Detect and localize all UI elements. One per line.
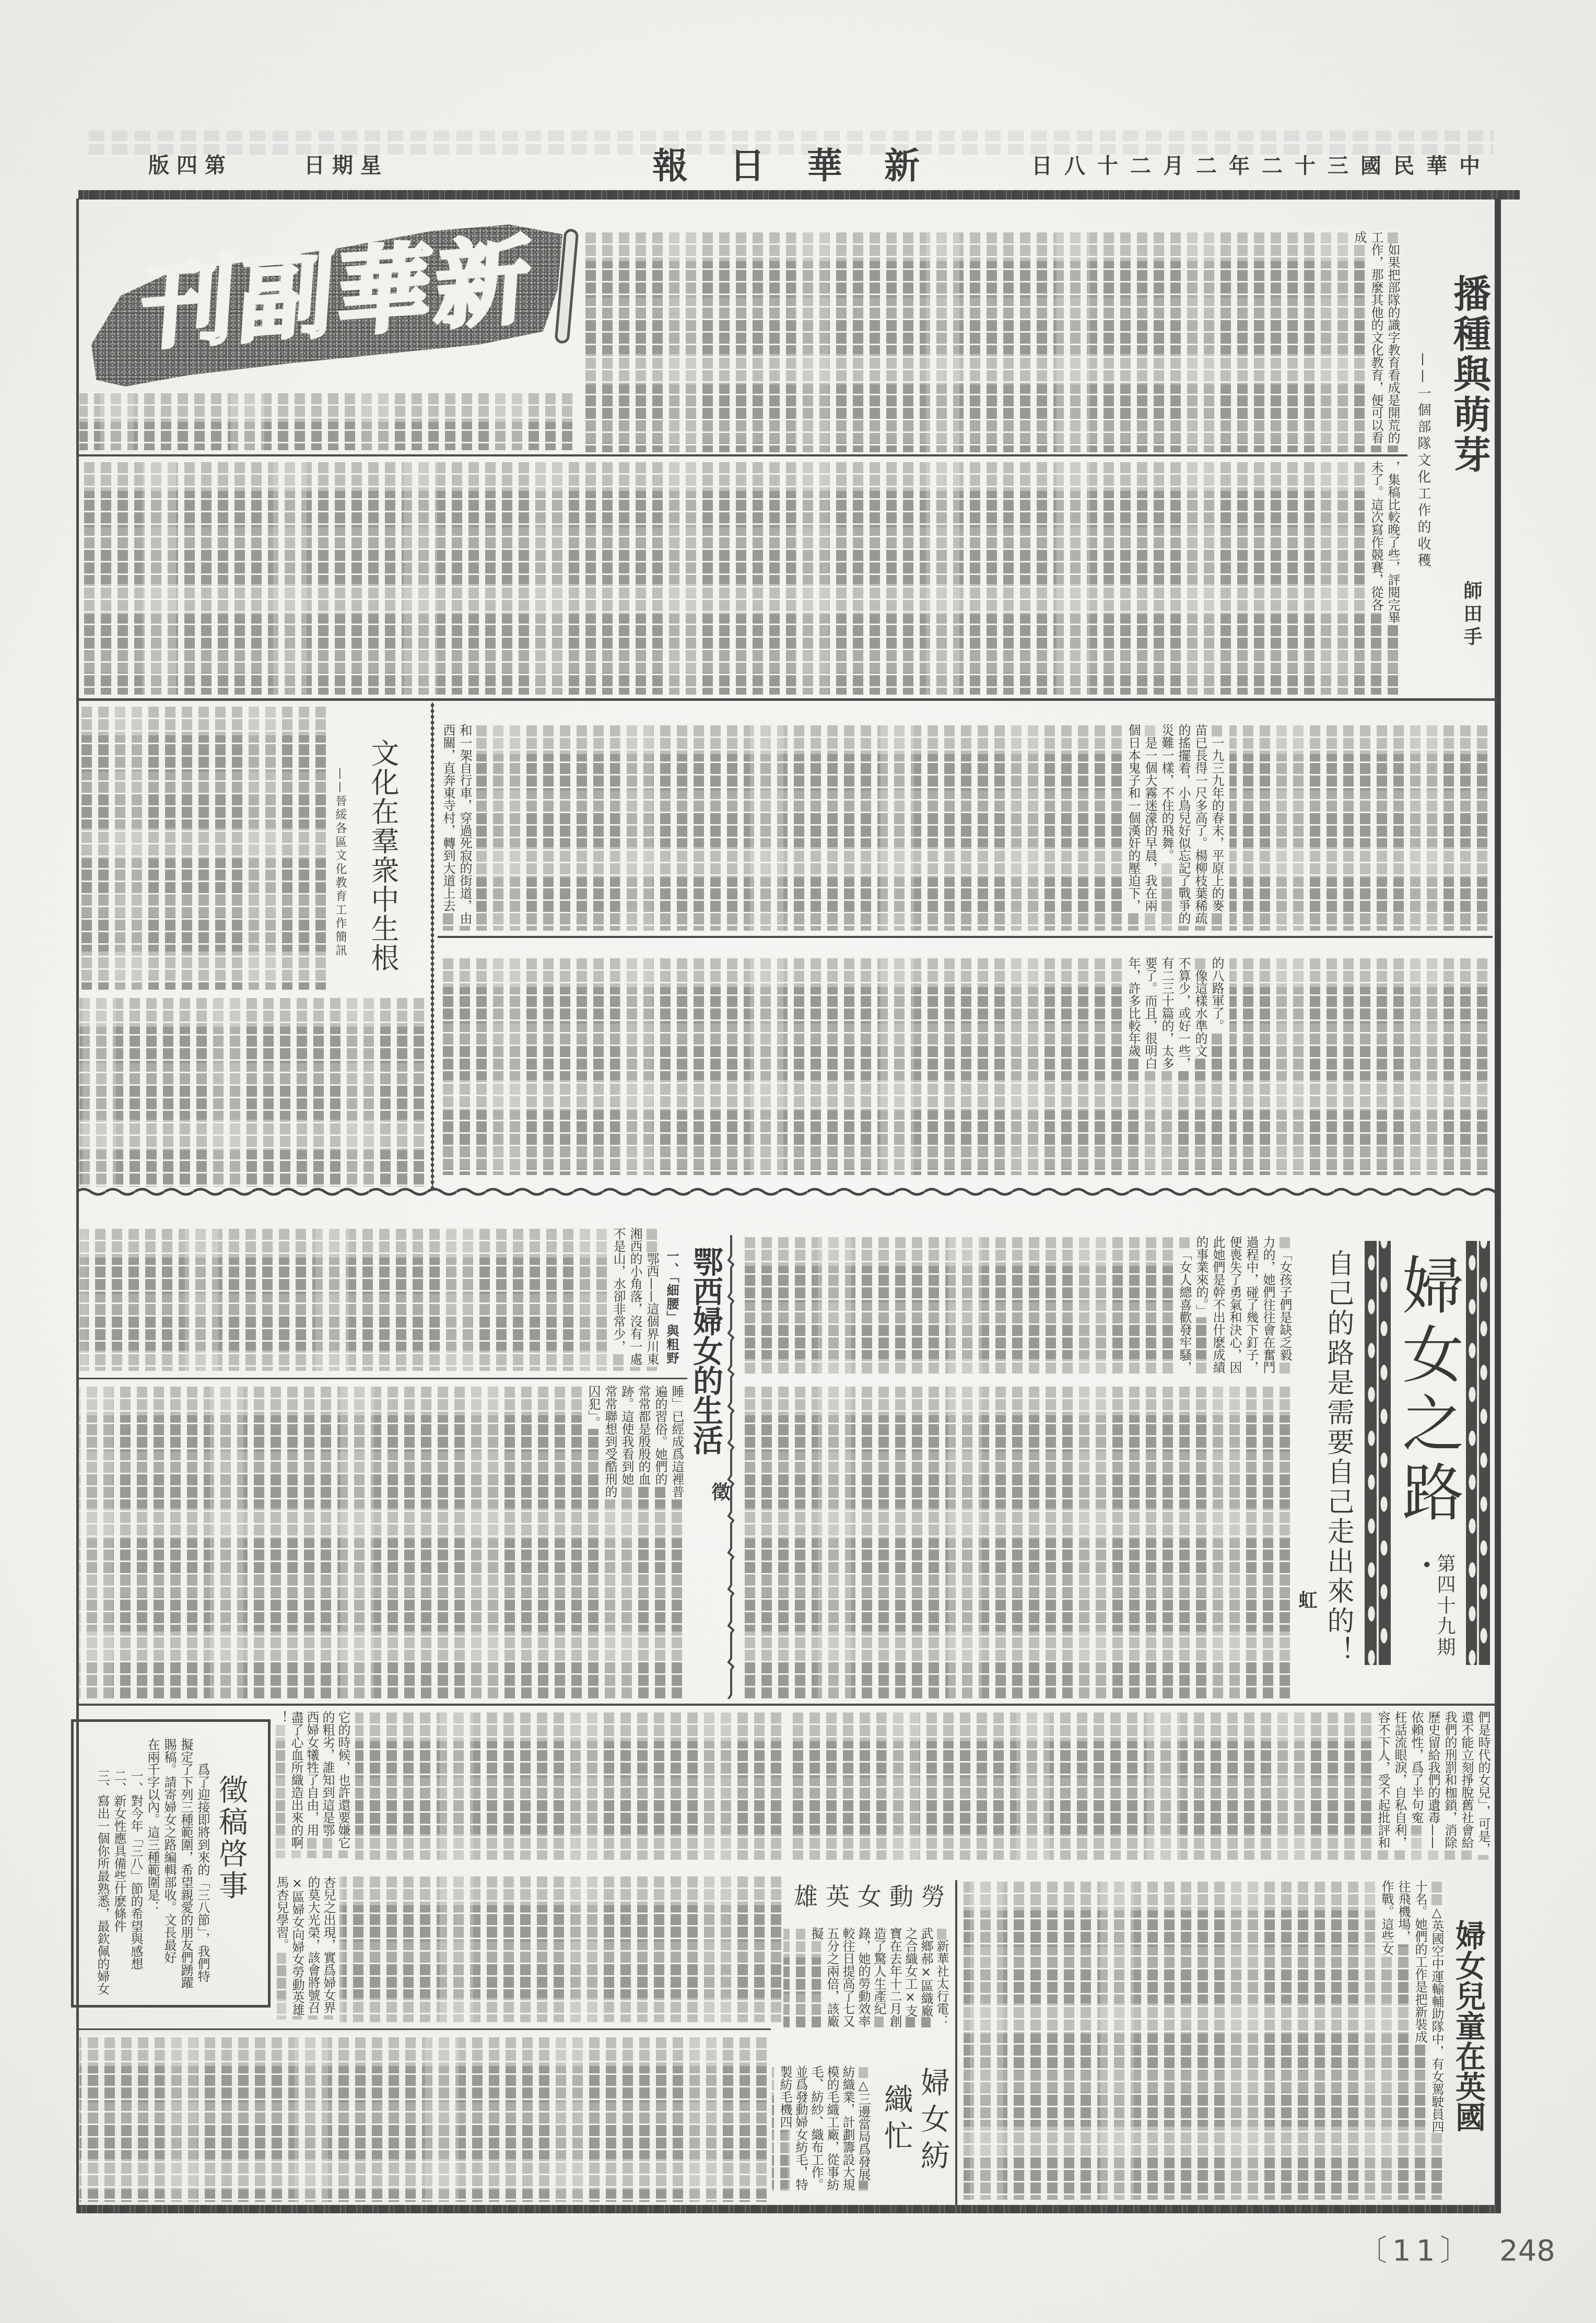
column-text: 的粗劣，誰知到這是鄂 xyxy=(320,1711,335,1836)
newspaper-page: 第四版 星期日 新華日報 中華民國三十二年二月二十八日 新華副刊 播種與萌芽 —… xyxy=(0,0,1596,2323)
column-text: 此她們是幹不出什麽成績 xyxy=(1211,1236,1225,1374)
column-text: 災難一樣，不住的飛舞。 xyxy=(1159,724,1174,862)
article-body-columns xyxy=(79,996,427,1187)
text-column: 有二三十篇的，太多 xyxy=(1158,957,1175,1175)
frame-bottom-border xyxy=(76,2205,1501,2213)
text-column: 便喪失了勇氣和決心，因 xyxy=(1226,1236,1243,1375)
text-column: 「女孩子們是缺乏毅 xyxy=(1276,1236,1293,1375)
issue-number: 第四十九期 xyxy=(1416,1554,1454,1658)
text-column: 往飛機場， xyxy=(1395,1880,1412,2200)
text-column: ×區婦女向婦女勞動英雄 xyxy=(289,1876,305,2020)
text-column: 它的時候，也許還要嫌它 xyxy=(335,1711,351,1858)
frame-right-border xyxy=(1495,198,1501,2213)
text-column: 的粗劣，誰知到這是鄂 xyxy=(320,1711,335,1858)
article-body-columns: 如果把部隊的識字教育看成是開荒的 工作，那麼其他的文化教育，便可以看成 xyxy=(585,231,1401,452)
column-text: 一、對今年「三八」節的希望與感想 xyxy=(128,1769,143,1970)
column-text: ！ xyxy=(273,1711,288,1723)
column-text: 們是時代的女兒」，可是， xyxy=(1476,1711,1491,1855)
article-body-columns: 一九三九年的春末，平原上的麥 苗已長得一尺多高了。楊柳枝葉稀疏 的搖擺着，小鳥兒… xyxy=(473,724,1225,931)
article-author: 虹 xyxy=(1297,1590,1316,1609)
column-text: 在兩千字以內。這三種範圍是： xyxy=(145,1738,160,1914)
article-author: 徵 xyxy=(710,1482,729,1501)
text-column: 力的，她們往往會在奮鬥 xyxy=(1260,1236,1276,1375)
text-column: 作戰。這些女 xyxy=(1378,1880,1395,2200)
wavy-section-divider xyxy=(76,1186,1498,1198)
column-text: 二、新女性應具備些什麽條件 xyxy=(112,1769,126,1932)
article-author: 師田手 xyxy=(1462,581,1481,650)
text-column: 過程中，碰了幾下釘子， xyxy=(1243,1236,1260,1375)
article-body-columns xyxy=(79,392,576,450)
text-column: 一九三九年的春末，平原上的麥 xyxy=(1208,724,1225,931)
column-text: △英國空中運輸輔助隊中，有女駕駛員四 xyxy=(1429,1905,1444,2133)
column-text: 容不下人，受不起批評和 xyxy=(1376,1711,1390,1849)
article-title: 鄂西婦女的生活 xyxy=(690,1246,721,1454)
article-subtitle: ——晉綏各區文化教育工作簡訊 xyxy=(334,768,346,958)
notice-line: 賜稿。請寄婦女之路編輯部收。文長最好 xyxy=(161,1738,178,1999)
text-column: 的莫大光榮，該會將號召 xyxy=(305,1876,321,2020)
column-text: 常常聯想到受酷刑的 xyxy=(603,1385,617,1498)
news-title-line: 婦女紡 xyxy=(918,2067,947,2177)
section-divider xyxy=(76,698,1498,701)
text-column: 未了。這次寫作競賽，從各 xyxy=(1368,461,1384,695)
supplement-banner: 新華副刊 xyxy=(91,225,577,386)
text-column: 囚犯」。 xyxy=(585,1385,602,1698)
section-divider xyxy=(76,1378,687,1379)
column-text: 常常都是殷殷的血 xyxy=(636,1385,651,1485)
column-text: 睡」已經成爲這裡普 xyxy=(670,1385,684,1498)
column-text: 個日本鬼子和一個漢奸的壓迫下， xyxy=(1126,724,1141,912)
column-text: 枉話流眼淚，自私自利， xyxy=(1392,1711,1407,1849)
column-text: 一九三九年的春末，平原上的麥 xyxy=(1210,736,1224,912)
text-column: 的搖擺着，小鳥兒好似忘記了戰爭的 xyxy=(1175,724,1192,931)
news-column-title: 婦女兒童在英國 xyxy=(1453,1920,1483,2132)
column-text: 要了。而且，很明白 xyxy=(1143,957,1157,1070)
column-text: 苗已長得一尺多高了。楊柳枝葉稀疏 xyxy=(1193,724,1207,924)
text-column: 是一個大霧迷濛的早晨，我在兩 xyxy=(1142,724,1158,931)
news-item-columns: △英國空中運輸輔助隊中，有女駕駛員四 十名。她們的工作是把新裝成 往飛機場， 作… xyxy=(964,1880,1445,2200)
news-item-columns: △三邊當局爲發展紡織業，計劃籌設大規模的毛織工廠，從事紡毛、紡紗、織布工作。並爲… xyxy=(772,2066,871,2191)
notice-line: 二、新女性應具備些什麽條件 xyxy=(111,1738,127,1999)
vine-border-left xyxy=(1365,1241,1391,1665)
column-text: 往飛機場， xyxy=(1396,1880,1411,1943)
page-number-label: 第四版 xyxy=(148,155,233,176)
section-divider xyxy=(76,2028,771,2030)
text-column: 常常聯想到受酷刑的 xyxy=(602,1385,618,1698)
article-body-columns: 睡」已經成爲這裡普 遍的習俗。她們的 常常都是殷殷的血 跡。這使我看到她 常常聯… xyxy=(79,1385,685,1698)
section-divider xyxy=(76,1704,1498,1706)
text-column: ，集稿比較晚了些，評閱完畢 xyxy=(1384,461,1401,695)
text-column: 容不下人，受不起批評和 xyxy=(1375,1711,1391,1860)
column-text: 賜稿。請寄婦女之路編輯部收。文長最好 xyxy=(162,1738,177,1964)
text-column: △三邊當局爲發展紡織業，計劃籌設大規模的毛織工廠，從事紡毛、紡紗、織布工作。並爲… xyxy=(777,2066,871,2191)
column-text: 馬杏兒學習。 xyxy=(274,1876,289,1951)
column-text: 未了。這次寫作競賽，從各 xyxy=(1369,461,1383,611)
column-text: 杏兒之出現，實爲婦女界 xyxy=(321,1876,336,2014)
column-text: 作戰。這些女 xyxy=(1379,1880,1394,1955)
news-item-columns xyxy=(339,1875,784,2022)
text-column: 枉話流眼淚，自私自利， xyxy=(1391,1711,1408,1860)
column-text: 過程中，碰了幾下釘子， xyxy=(1244,1236,1259,1374)
text-column: 們是時代的女兒」，可是， xyxy=(1475,1711,1492,1860)
text-column: 西關，直奔東寺村，轉到大道上去 xyxy=(440,724,456,931)
vine-border-right xyxy=(1466,1241,1490,1665)
text-column: 盡了心血所織造出來的啊 xyxy=(288,1711,304,1858)
article-title: 播種與萌芽 xyxy=(1450,274,1488,475)
newspaper-masthead: 新華日報 xyxy=(652,148,961,184)
article-body-columns: ，集稿比較晚了些，評閱完畢 未了。這次寫作競賽，從各 xyxy=(79,461,1401,695)
notice-line: 三、寫出一個你所最熟悉，最欽佩的婦女 xyxy=(94,1738,111,1999)
column-text: 鄂西——這個界川東湘西的小角落，沒有一處不是山，水卻非常少， xyxy=(611,1227,659,1365)
column-text: ×區婦女向婦女勞動英雄 xyxy=(290,1876,304,2016)
text-column: 不算少，或好一些， xyxy=(1175,957,1192,1175)
article-title: 文化在羣衆中生根 xyxy=(369,738,397,972)
column-text: 西婦女犧牲了自由，用 xyxy=(304,1711,319,1836)
news-column-title: 勞動女英雄 xyxy=(794,1884,953,1908)
column-text: 擬定了下列三種範圍，希望親愛的朋友們踴躍 xyxy=(179,1738,193,1989)
text-column: 像這樣水準的文 xyxy=(1192,957,1208,1175)
column-text: 是一個大霧迷濛的早晨，我在兩 xyxy=(1143,736,1157,912)
column-text: 跡。這使我看到她 xyxy=(619,1385,634,1485)
text-column: 遍的習俗。她們的 xyxy=(652,1385,668,1698)
article-subtitle: ——一個部隊文化工作的收穫 xyxy=(1416,353,1430,570)
text-column: 西婦女犧牲了自由，用 xyxy=(304,1711,320,1858)
column-text: 的八路軍了。 xyxy=(1210,957,1224,1032)
text-column: 的事業來的。」 xyxy=(1193,1236,1210,1375)
beaded-column-divider xyxy=(430,702,435,1191)
text-column: 我們的刑罰和枷鎖，消除 xyxy=(1441,1711,1458,1860)
news-item-columns xyxy=(79,2036,770,2202)
archive-page-reference: 〔11〕 248 xyxy=(1358,2236,1555,2266)
text-column: 工作，那麼其他的文化教育，便可以看成 xyxy=(1351,231,1384,452)
volume-number: 〔11〕 xyxy=(1358,2236,1474,2266)
article-ending-columns: 它的時候，也許還要嫌它 的粗劣，誰知到這是鄂 西婦女犧牲了自由，用 盡了心血所織… xyxy=(273,1711,351,1858)
notice-line: 在兩千字以內。這三種範圍是： xyxy=(144,1738,161,1999)
page-number: 248 xyxy=(1499,2236,1555,2266)
text-column: ！ xyxy=(273,1711,288,1858)
text-column: 要了。而且，很明白 xyxy=(1142,957,1158,1175)
text-column: 「女人總喜歡發牢騷， xyxy=(1176,1236,1193,1375)
text-column: 災難一樣，不住的飛舞。 xyxy=(1158,724,1175,931)
column-text: 不算少，或好一些， xyxy=(1176,957,1191,1070)
article-section-heading: 一、「細腰」與粗野 xyxy=(665,1249,678,1365)
article-body-columns: 鄂西——這個界川東湘西的小角落，沒有一處不是山，水卻非常少， xyxy=(79,1227,660,1371)
text-column: 杏兒之出現，實爲婦女界 xyxy=(321,1876,336,2020)
text-column: 年，許多比較年歲 xyxy=(1125,957,1142,1175)
article-body-columns: 和一架自行車，穿過死寂的街道，由 西關，直奔東寺村，轉到大道上去 xyxy=(440,724,473,931)
text-column: 十名。她們的工作是把新裝成 xyxy=(1412,1880,1428,2200)
column-text: △三邊當局爲發展紡織業，計劃籌設大規模的毛織工廠，從事紡毛、紡紗、織布工作。並爲… xyxy=(778,2066,871,2191)
column-text: 的事業來的。」 xyxy=(1194,1236,1208,1317)
column-text: 如果把部隊的識字教育看成是開荒的 xyxy=(1386,243,1400,444)
news-title-line: 織忙 xyxy=(882,2084,911,2157)
column-text: 有二三十篇的，太多 xyxy=(1159,957,1174,1070)
text-column: 還不能立刻掙脫舊社會給 xyxy=(1458,1711,1475,1860)
text-column: 睡」已經成爲這裡普 xyxy=(668,1385,685,1698)
text-column: 馬杏兒學習。 xyxy=(274,1876,289,2020)
column-text: 像這樣水準的文 xyxy=(1193,969,1207,1057)
notice-title: 徵稿啓事 xyxy=(216,1775,245,1902)
column-text: 「女人總喜歡發牢騷， xyxy=(1177,1248,1192,1374)
column-text: 便喪失了勇氣和決心，因 xyxy=(1227,1236,1242,1374)
column-text: 和一架自行車，穿過死寂的街道，由 xyxy=(457,724,472,924)
notice-line: 爲了迎接即將到來的「三八節」，我們特 xyxy=(194,1738,211,1999)
notice-line: 擬定了下列三種範圍，希望親愛的朋友們踴躍 xyxy=(178,1738,194,1999)
column-text: 還不能立刻掙脫舊社會給 xyxy=(1459,1711,1474,1849)
text-column: 常常都是殷殷的血 xyxy=(635,1385,652,1698)
column-text: 十名。她們的工作是把新裝成 xyxy=(1413,1880,1427,2043)
text-column: 如果把部隊的識字教育看成是開荒的 xyxy=(1384,231,1401,452)
text-column: △英國空中運輸輔助隊中，有女駕駛員四 xyxy=(1428,1880,1445,2200)
news-item-columns: 杏兒之出現，實爲婦女界 的莫大光榮，該會將號召 ×區婦女向婦女勞動英雄 馬杏兒學… xyxy=(273,1876,336,2020)
text-column: 此她們是幹不出什麽成績 xyxy=(1210,1236,1226,1375)
column-text: 「女孩子們是缺乏毅 xyxy=(1277,1248,1292,1361)
article-body-columns: 們是時代的女兒」，可是， 還不能立刻掙脫舊社會給 我們的刑罰和枷鎖，消除 歷史留… xyxy=(790,1711,1492,1860)
column-text: 遍的習俗。她們的 xyxy=(653,1385,667,1485)
article-body-columns: 的八路軍了。 像這樣水準的文 不算少，或好一些， 有二三十篇的，太多 要了。而且… xyxy=(440,957,1225,1175)
article-body-columns xyxy=(1229,957,1491,1175)
notice-line: 一、對今年「三八」節的希望與感想 xyxy=(127,1738,144,1999)
article-body-columns: 「女孩子們是缺乏毅 力的，她們往往會在奮鬥 過程中，碰了幾下釘子， 便喪失了勇氣… xyxy=(738,1236,1293,1375)
column-text: ，集稿比較晚了些，評閱完畢 xyxy=(1386,461,1400,624)
column-text: 盡了心血所織造出來的啊 xyxy=(289,1711,303,1849)
supplement-title: 新華副刊 xyxy=(138,233,537,355)
weekday-label: 星期日 xyxy=(304,155,389,176)
article-body-columns xyxy=(355,1711,784,1860)
text-column: 個日本鬼子和一個漢奸的壓迫下， xyxy=(1125,724,1142,931)
column-text: 的搖擺着，小鳥兒好似忘記了戰爭的 xyxy=(1176,724,1191,924)
issue-date: 中華民國三十二年二月二十八日 xyxy=(1031,156,1492,177)
text-column: 鄂西——這個界川東湘西的小角落，沒有一處不是山，水卻非常少， xyxy=(610,1227,660,1371)
column-text: 它的時候，也許還要嫌它 xyxy=(336,1711,350,1849)
column-text: 新華社太行電：武鄉郝×區織廠之合織女工×支寶在去年十二月創造了驚人生產紀錄，她的… xyxy=(809,1927,949,2027)
article-title: 自己的路是需要自己走出來的！ xyxy=(1324,1249,1352,1666)
column-text: 的莫大光榮，該會將號召 xyxy=(306,1876,320,2014)
column-text: 我們的刑罰和枷鎖，消除 xyxy=(1442,1711,1457,1849)
column-text: 西關，直奔東寺村，轉到大道上去 xyxy=(441,724,455,912)
column-text: 爲了迎接即將到來的「三八節」，我們特 xyxy=(195,1763,210,1982)
header-rule xyxy=(78,190,1520,200)
column-text: 工作，那麼其他的文化教育，便可以看成 xyxy=(1352,231,1383,444)
womens-page-masthead: 婦女之路 xyxy=(1397,1253,1459,1529)
news-item-columns: 新華社太行電：武鄉郝×區織廠之合織女工×支寶在去年十二月創造了驚人生產紀錄，她的… xyxy=(783,1927,949,2027)
text-column: 苗已長得一尺多高了。楊柳枝葉稀疏 xyxy=(1192,724,1208,931)
column-divider xyxy=(955,1880,957,2205)
zigzag-column-divider xyxy=(727,1235,735,1699)
column-text: 三、寫出一個你所最熟悉，最欽佩的婦女 xyxy=(95,1769,110,1995)
column-text: 歷史留給我們的遺毒—— xyxy=(1426,1711,1440,1849)
section-divider xyxy=(78,454,1407,456)
column-text: 年，許多比較年歲 xyxy=(1126,957,1141,1057)
column-text: 依賴性，爲了半句寃 xyxy=(1409,1711,1424,1824)
text-column: 新華社太行電：武鄉郝×區織廠之合織女工×支寶在去年十二月創造了驚人生產紀錄，她的… xyxy=(808,1927,949,2027)
article-body-columns xyxy=(79,705,329,990)
text-column: 歷史留給我們的遺毒—— xyxy=(1425,1711,1441,1860)
text-column: 依賴性，爲了半句寃 xyxy=(1408,1711,1425,1860)
column-text: 囚犯」。 xyxy=(586,1385,601,1429)
column-text: 力的，她們往往會在奮鬥 xyxy=(1261,1236,1275,1374)
article-body-columns xyxy=(1229,724,1491,931)
section-divider xyxy=(438,936,1493,938)
text-column: 和一架自行車，穿過死寂的街道，由 xyxy=(456,724,473,931)
notice-body: 爲了迎接即將到來的「三八節」，我們特 擬定了下列三種範圍，希望親愛的朋友們踴躍 … xyxy=(94,1738,211,1999)
text-column: 的八路軍了。 xyxy=(1208,957,1225,1175)
article-body-columns xyxy=(738,1385,1293,1698)
text-column: 跡。這使我看到她 xyxy=(618,1385,635,1698)
